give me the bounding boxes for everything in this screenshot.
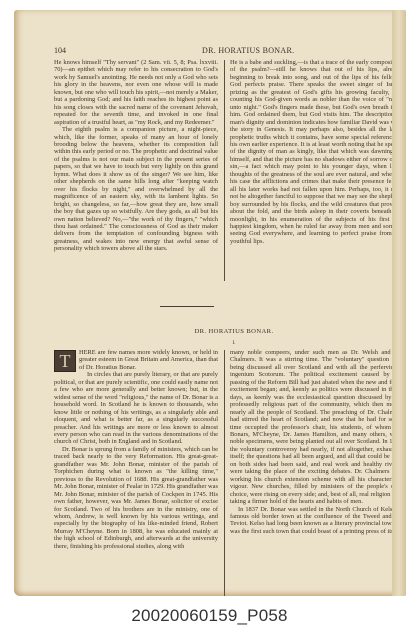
top-right-column: He is a babe and suckling,—is that a tra…: [230, 59, 402, 245]
paragraph: many noble compeers, under such men as D…: [230, 349, 402, 506]
paragraph: In circles that are purely literary, or …: [54, 371, 218, 446]
scanned-book-page: 104 DR. HORATIUS BONAR. He knows himself…: [14, 10, 406, 596]
column-divider: [224, 350, 225, 596]
article-part-number: I.: [54, 341, 406, 346]
paragraph-text: HERE are few names more widely known, or…: [79, 349, 218, 371]
paragraph: In 1837 Dr. Bonar was settled in the Nor…: [230, 506, 402, 536]
paragraph: He is a babe and suckling,—is that a tra…: [230, 59, 402, 245]
paragraph: THERE are few names more widely known, o…: [54, 349, 218, 371]
drop-cap-initial: T: [54, 350, 76, 372]
paragraph: He knows himself "Thy servant" (2 Sam. v…: [54, 59, 218, 126]
running-title: DR. HORATIUS BONAR.: [202, 46, 294, 55]
paragraph: Dr. Bonar is sprung from a family of min…: [54, 446, 218, 550]
paragraph: The eighth psalm is a companion picture,…: [54, 126, 218, 253]
page-number: 104: [54, 46, 66, 55]
article-left-column: THERE are few names more widely known, o…: [54, 349, 218, 550]
section-rule: [160, 306, 214, 307]
image-caption-id: 20020060159_P058: [0, 606, 419, 626]
column-divider: [224, 60, 225, 281]
article-right-column: many noble compeers, under such men as D…: [230, 349, 402, 535]
top-left-column: He knows himself "Thy servant" (2 Sam. v…: [54, 59, 218, 253]
article-title: DR. HORATIUS BONAR.: [54, 328, 406, 335]
